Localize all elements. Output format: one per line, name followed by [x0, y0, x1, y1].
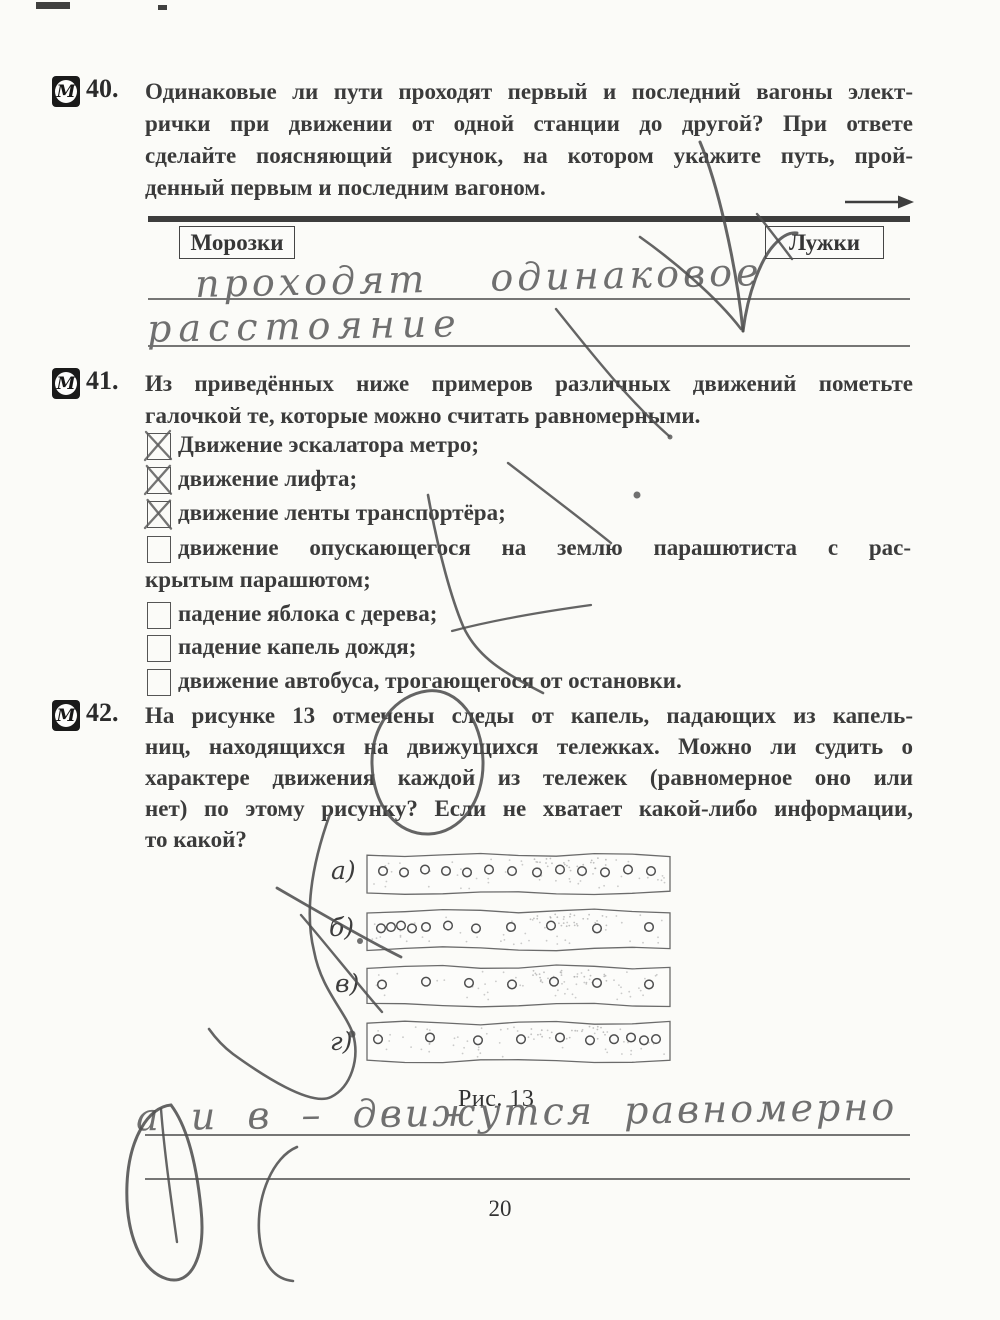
stipple-dot: [580, 880, 582, 882]
stipple-dot: [603, 1031, 605, 1033]
stipple-dot: [574, 925, 576, 927]
stipple-dot: [462, 1053, 464, 1055]
stipple-dot: [376, 937, 378, 939]
railway-line: [148, 216, 910, 222]
stipple-dot: [478, 1049, 480, 1051]
stipple-dot: [478, 1046, 480, 1048]
stipple-dot: [606, 1031, 608, 1033]
stipple-dot: [605, 929, 607, 931]
stipple-dot: [557, 871, 559, 873]
drop-mark: [647, 867, 656, 876]
checklist-item-text: движение лифта;: [178, 463, 911, 495]
drop-mark: [378, 980, 387, 989]
stipple-dot: [663, 1053, 665, 1055]
stipple-dot: [399, 862, 401, 864]
problem-text-line: характере движения каждой из тележек (ра…: [145, 762, 913, 794]
stipple-dot: [520, 943, 522, 945]
stipple-dot: [429, 1043, 431, 1045]
stipple-dot: [603, 976, 605, 978]
stipple-dot: [597, 1026, 599, 1028]
stipple-dot: [566, 865, 568, 867]
stipple-dot: [582, 918, 584, 920]
stipple-dot: [602, 915, 604, 917]
stipple-dot: [534, 870, 536, 872]
stipple-dot: [392, 928, 394, 930]
stipple-dot: [536, 918, 538, 920]
station-label-box-left: Морозки: [179, 226, 295, 259]
stipple-dot: [371, 938, 373, 940]
stipple-dot: [507, 1028, 509, 1030]
stipple-dot: [600, 1027, 602, 1029]
drop-mark: [517, 1035, 526, 1044]
stipple-dot: [618, 984, 620, 986]
stipple-dot: [377, 1030, 379, 1032]
strip-label: в): [335, 969, 359, 998]
stipple-dot: [604, 1034, 606, 1036]
stipple-dot: [384, 865, 386, 867]
stipple-dot: [499, 1042, 501, 1044]
stipple-dot: [561, 972, 563, 974]
stipple-dot: [573, 976, 575, 978]
stipple-dot: [544, 927, 546, 929]
stipple-dot: [421, 1049, 423, 1051]
stipple-dot: [561, 983, 563, 985]
stipple-dot: [647, 877, 649, 879]
stipple-dot: [663, 877, 665, 879]
stipple-dot: [534, 858, 536, 860]
stipple-dot: [554, 914, 556, 916]
stipple-dot: [656, 974, 658, 976]
stipple-dot: [570, 870, 572, 872]
stipple-dot: [583, 976, 585, 978]
stipple-dot: [572, 993, 574, 995]
cart-strip: [367, 909, 670, 951]
stipple-dot: [515, 977, 517, 979]
stipple-dot: [513, 1026, 515, 1028]
stipple-dot: [472, 986, 474, 988]
stipple-dot: [644, 978, 646, 980]
stipple-dot: [460, 932, 462, 934]
stipple-dot: [576, 983, 578, 985]
scan-artifact: [36, 2, 70, 9]
stipple-dot: [588, 1037, 590, 1039]
stipple-dot: [616, 999, 618, 1001]
stipple-dot: [563, 862, 565, 864]
stipple-dot: [402, 1036, 404, 1038]
stipple-dot: [577, 883, 579, 885]
stipple-dot: [575, 997, 577, 999]
stipple-dot: [639, 878, 641, 880]
drop-mark: [400, 868, 409, 877]
stipple-dot: [533, 918, 535, 920]
problem-number: 42.: [86, 698, 119, 728]
stipple-dot: [627, 1042, 629, 1044]
stipple-dot: [579, 867, 581, 869]
stipple-dot: [556, 936, 558, 938]
stipple-dot: [551, 1032, 553, 1034]
checklist-item-text: движение ленты транспортёра;: [178, 497, 911, 529]
stipple-dot: [547, 1030, 549, 1032]
stipple-dot: [547, 978, 549, 980]
stipple-dot: [560, 971, 562, 973]
stipple-dot: [379, 936, 381, 938]
stipple-dot: [500, 1029, 502, 1031]
stipple-dot: [376, 984, 378, 986]
problem-number: 41.: [86, 366, 119, 396]
stipple-dot: [511, 920, 513, 922]
stipple-dot: [391, 871, 393, 873]
stipple-dot: [564, 993, 566, 995]
stipple-dot: [549, 1037, 551, 1039]
drop-mark: [463, 868, 472, 877]
stipple-dot: [630, 1050, 632, 1052]
stipple-dot: [535, 973, 537, 975]
stipple-dot: [399, 930, 401, 932]
stipple-dot: [592, 1027, 594, 1029]
stipple-dot: [488, 872, 490, 874]
drop-mark: [593, 924, 602, 933]
checkbox: [147, 536, 171, 563]
drop-mark: [485, 865, 494, 874]
stipple-dot: [568, 860, 570, 862]
stipple-dot: [550, 858, 552, 860]
stipple-dot: [549, 916, 551, 918]
stipple-dot: [546, 940, 548, 942]
stipple-dot: [597, 857, 599, 859]
stipple-dot: [653, 1043, 655, 1045]
stipple-dot: [593, 862, 595, 864]
stipple-dot: [550, 927, 552, 929]
drop-mark: [601, 868, 610, 877]
stipple-dot: [583, 982, 585, 984]
stipple-dot: [582, 875, 584, 877]
stipple-dot: [385, 886, 387, 888]
stipple-dot: [561, 1033, 563, 1035]
stipple-dot: [598, 887, 600, 889]
drop-mark: [474, 1036, 483, 1045]
stipple-dot: [386, 881, 388, 883]
stipple-dot: [500, 940, 502, 942]
stipple-dot: [478, 988, 480, 990]
stipple-dot: [487, 867, 489, 869]
stipple-dot: [545, 862, 547, 864]
stipple-dot: [567, 988, 569, 990]
stipple-dot: [541, 1029, 543, 1031]
stipple-dot: [605, 1048, 607, 1050]
stipple-dot: [467, 1040, 469, 1042]
stipple-dot: [429, 1043, 431, 1045]
stipple-dot: [630, 1054, 632, 1056]
stipple-dot: [487, 999, 489, 1001]
checkbox: [147, 501, 171, 528]
stipple-dot: [563, 981, 565, 983]
strip-label: а): [331, 856, 356, 885]
stipple-dot: [605, 864, 607, 866]
stipple-dot: [606, 980, 608, 982]
problem-text-line: На рисунке 13 отмечены следы от капель, …: [145, 700, 913, 732]
stipple-dot: [388, 1040, 390, 1042]
m-marker-letter: М: [57, 82, 76, 102]
stipple-dot: [586, 982, 588, 984]
drop-mark: [397, 921, 406, 930]
drop-mark: [508, 980, 517, 989]
strip-label: г): [330, 1027, 352, 1056]
stipple-dot: [559, 1037, 561, 1039]
stipple-dot: [640, 1048, 642, 1050]
m-marker-letter: М: [57, 706, 76, 726]
stipple-dot: [504, 939, 506, 941]
stipple-dot: [576, 866, 578, 868]
stipple-dot: [477, 1056, 479, 1058]
drop-mark: [578, 867, 587, 876]
stipple-dot: [400, 936, 402, 938]
problem-text-line: нет) по этому рисунку? Если не хватает к…: [145, 793, 913, 825]
stipple-dot: [396, 973, 398, 975]
stipple-dot: [638, 987, 640, 989]
stipple-dot: [657, 879, 659, 881]
stipple-dot: [569, 916, 571, 918]
drop-mark: [550, 977, 559, 986]
stipple-dot: [569, 942, 571, 944]
page-number: 20: [0, 1196, 1000, 1222]
stipple-dot: [521, 860, 523, 862]
stipple-dot: [539, 922, 541, 924]
stipple-dot: [605, 859, 607, 861]
stipple-dot: [594, 932, 596, 934]
stipple-dot: [592, 873, 594, 875]
stipple-dot: [468, 888, 470, 890]
checklist-item-text: падение яблока с дерева;: [178, 598, 911, 630]
stipple-dot: [384, 994, 386, 996]
stipple-dot: [577, 973, 579, 975]
stipple-dot: [513, 943, 515, 945]
stipple-dot: [408, 870, 410, 872]
stipple-dot: [615, 1041, 617, 1043]
stipple-dot: [566, 922, 568, 924]
stipple-dot: [485, 868, 487, 870]
stipple-dot: [503, 971, 505, 973]
stipple-dot: [532, 974, 534, 976]
stipple-dot: [590, 975, 592, 977]
stipple-dot: [476, 878, 478, 880]
stipple-dot: [556, 916, 558, 918]
stipple-dot: [484, 994, 486, 996]
stipple-dot: [606, 1052, 608, 1054]
stipple-dot: [436, 980, 438, 982]
stipple-dot: [556, 1036, 558, 1038]
drop-mark: [556, 1033, 565, 1042]
stipple-dot: [540, 980, 542, 982]
stipple-dot: [522, 864, 524, 866]
drop-mark: [508, 867, 517, 876]
stipple-dot: [511, 926, 513, 928]
stipple-dot: [599, 982, 601, 984]
stipple-dot: [558, 922, 560, 924]
cart-strip: [367, 854, 670, 895]
stipple-dot: [555, 995, 557, 997]
stipple-dot: [517, 1030, 519, 1032]
drop-mark: [627, 1033, 636, 1042]
stipple-dot: [428, 940, 430, 942]
stipple-dot: [479, 1052, 481, 1054]
stipple-dot: [642, 994, 644, 996]
stipple-dot: [628, 991, 630, 993]
scan-artifact: [158, 5, 167, 10]
stipple-dot: [524, 933, 526, 935]
stipple-dot: [378, 974, 380, 976]
station-label-box-right: Лужки: [765, 226, 884, 259]
checkbox: [147, 635, 171, 662]
drop-mark: [421, 865, 430, 874]
stipple-dot: [374, 923, 376, 925]
problem-text-line: то какой?: [145, 824, 913, 856]
stipple-dot: [519, 984, 521, 986]
drop-mark: [586, 1036, 595, 1045]
stipple-dot: [616, 915, 618, 917]
stipple-dot: [528, 1036, 530, 1038]
drop-mark: [640, 1036, 649, 1045]
drop-mark: [624, 865, 633, 874]
stipple-dot: [539, 861, 541, 863]
stipple-dot: [530, 918, 532, 920]
checkbox: [147, 433, 171, 460]
stipple-dot: [509, 859, 511, 861]
stipple-dot: [591, 982, 593, 984]
ruled-line: [145, 1178, 910, 1180]
checklist-item-text: Движение эскалатора метро;: [178, 429, 911, 461]
stipple-dot: [664, 882, 666, 884]
stipple-dot: [628, 861, 630, 863]
stipple-dot: [594, 922, 596, 924]
stipple-dot: [486, 1033, 488, 1035]
stipple-dot: [621, 922, 623, 924]
stipple-dot: [484, 983, 486, 985]
stipple-dot: [528, 940, 530, 942]
stipple-dot: [564, 864, 566, 866]
stipple-dot: [621, 876, 623, 878]
stipple-dot: [415, 1026, 417, 1028]
stipple-dot: [537, 1034, 539, 1036]
stipple-dot: [561, 974, 563, 976]
stipple-dot: [621, 993, 623, 995]
stipple-dot: [535, 861, 537, 863]
stipple-dot: [561, 925, 563, 927]
stipple-dot: [661, 879, 663, 881]
stipple-dot: [555, 880, 557, 882]
stipple-dot: [460, 887, 462, 889]
stipple-dot: [471, 984, 473, 986]
stipple-dot: [445, 917, 447, 919]
drop-mark: [610, 1035, 619, 1044]
problem-text-line: рички при движении от одной станции до д…: [145, 108, 913, 140]
drop-mark: [426, 1033, 435, 1042]
stipple-dot: [630, 996, 632, 998]
drop-mark: [465, 979, 474, 988]
figure-13: [367, 854, 670, 1063]
stipple-dot: [490, 859, 492, 861]
stipple-dot: [563, 916, 565, 918]
drop-mark: [533, 868, 542, 877]
stipple-dot: [574, 1030, 576, 1032]
stipple-dot: [542, 982, 544, 984]
drop-mark: [472, 924, 481, 933]
stipple-dot: [577, 925, 579, 927]
stipple-dot: [522, 985, 524, 987]
stipple-dot: [429, 870, 431, 872]
stipple-dot: [539, 973, 541, 975]
stipple-dot: [388, 863, 390, 865]
stipple-dot: [540, 979, 542, 981]
stipple-dot: [381, 987, 383, 989]
stipple-dot: [429, 1029, 431, 1031]
drop-mark: [408, 924, 417, 933]
workbook-page: Морозки Лужки проходят одинаковое рассто…: [0, 0, 1000, 1320]
stipple-dot: [642, 942, 644, 944]
stipple-dot: [594, 868, 596, 870]
stipple-dot: [655, 975, 657, 977]
stipple-dot: [569, 878, 571, 880]
stipple-dot: [453, 1044, 455, 1046]
drop-mark: [645, 923, 654, 932]
stipple-dot: [443, 979, 445, 981]
stipple-dot: [648, 1042, 650, 1044]
stipple-dot: [457, 1036, 459, 1038]
checklist-item-text: крытым парашютом;: [145, 564, 911, 596]
stipple-dot: [661, 920, 663, 922]
station-label: Морозки: [191, 230, 284, 256]
checklist-item-text: движение автобуса, трогающегося от остан…: [178, 665, 911, 697]
stipple-dot: [532, 919, 534, 921]
stipple-dot: [569, 1037, 571, 1039]
problem-text-line: ниц, находящихся на движущихся тележках.…: [145, 731, 913, 763]
stipple-dot: [547, 866, 549, 868]
stipple-dot: [562, 1047, 564, 1049]
drop-mark: [374, 1035, 383, 1044]
stipple-dot: [539, 977, 541, 979]
stipple-dot: [597, 1038, 599, 1040]
stipple-dot: [596, 920, 598, 922]
stipple-dot: [590, 862, 592, 864]
stipple-dot: [603, 974, 605, 976]
stipple-dot: [546, 858, 548, 860]
stipple-dot: [429, 926, 431, 928]
stipple-dot: [570, 913, 572, 915]
stipple-dot: [582, 864, 584, 866]
stipple-dot: [533, 1038, 535, 1040]
problem-text-line: Из приведённых ниже примеров различных д…: [145, 368, 913, 400]
stipple-dot: [406, 940, 408, 942]
stipple-dot: [617, 885, 619, 887]
stipple-dot: [536, 974, 538, 976]
stipple-dot: [605, 975, 607, 977]
stipple-dot: [657, 942, 659, 944]
stipple-dot: [566, 925, 568, 927]
stipple-dot: [454, 1037, 456, 1039]
stipple-dot: [568, 925, 570, 927]
stipple-dot: [428, 1051, 430, 1053]
stipple-dot: [428, 886, 430, 888]
stipple-dot: [574, 915, 576, 917]
drop-mark: [444, 921, 453, 930]
stipple-dot: [385, 926, 387, 928]
checkbox: [147, 669, 171, 696]
stipple-dot: [581, 1030, 583, 1032]
stipple-dot: [597, 1029, 599, 1031]
stipple-dot: [481, 1027, 483, 1029]
drop-mark: [379, 867, 388, 876]
stipple-dot: [400, 935, 402, 937]
strip-label: б): [329, 913, 354, 942]
